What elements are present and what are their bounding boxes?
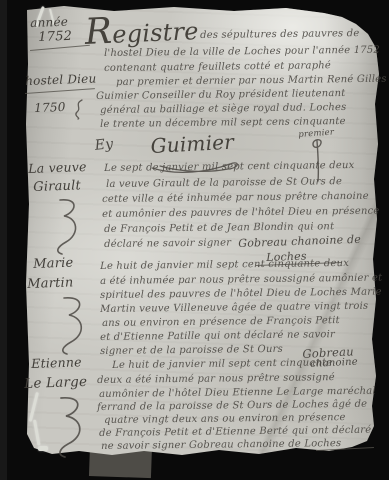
header-title-suffix: des sépultures des pauvres de <box>200 28 360 41</box>
margin-cote: 1750 <box>34 100 66 115</box>
manuscript-scan: année 1752 hostel Dieu 1750 Registre des… <box>0 0 389 480</box>
margin-year-value: 1752 <box>38 29 72 45</box>
margin-brace-icon <box>52 394 90 460</box>
margin-name: Martin <box>27 275 74 292</box>
entry-line: signer et de la paroisse de St Ours <box>100 344 283 357</box>
margin-name: La veuve <box>28 159 87 176</box>
margin-year-label: année <box>30 15 68 30</box>
scan-edge <box>0 0 7 480</box>
paraph-icon <box>308 136 326 182</box>
margin-name: Le Large <box>24 374 87 392</box>
margin-institution: hostel Dieu <box>25 72 97 88</box>
signature-guimier: Guimier <box>150 130 235 158</box>
margin-name: Etienne <box>31 354 82 371</box>
margin-name: Girault <box>33 178 81 195</box>
binding-thread-icon <box>38 446 48 451</box>
margin-brace-icon <box>52 196 84 258</box>
margin-name: Marie <box>33 256 74 272</box>
header-flourish-mark: Ey <box>94 136 114 154</box>
entry-line: déclaré ne savoir signer <box>104 237 231 250</box>
margin-brace-icon <box>56 294 90 358</box>
entry-line: ne savoir signer Gobreau chanoine de Loc… <box>101 438 341 452</box>
cote-flourish-icon <box>72 98 86 120</box>
